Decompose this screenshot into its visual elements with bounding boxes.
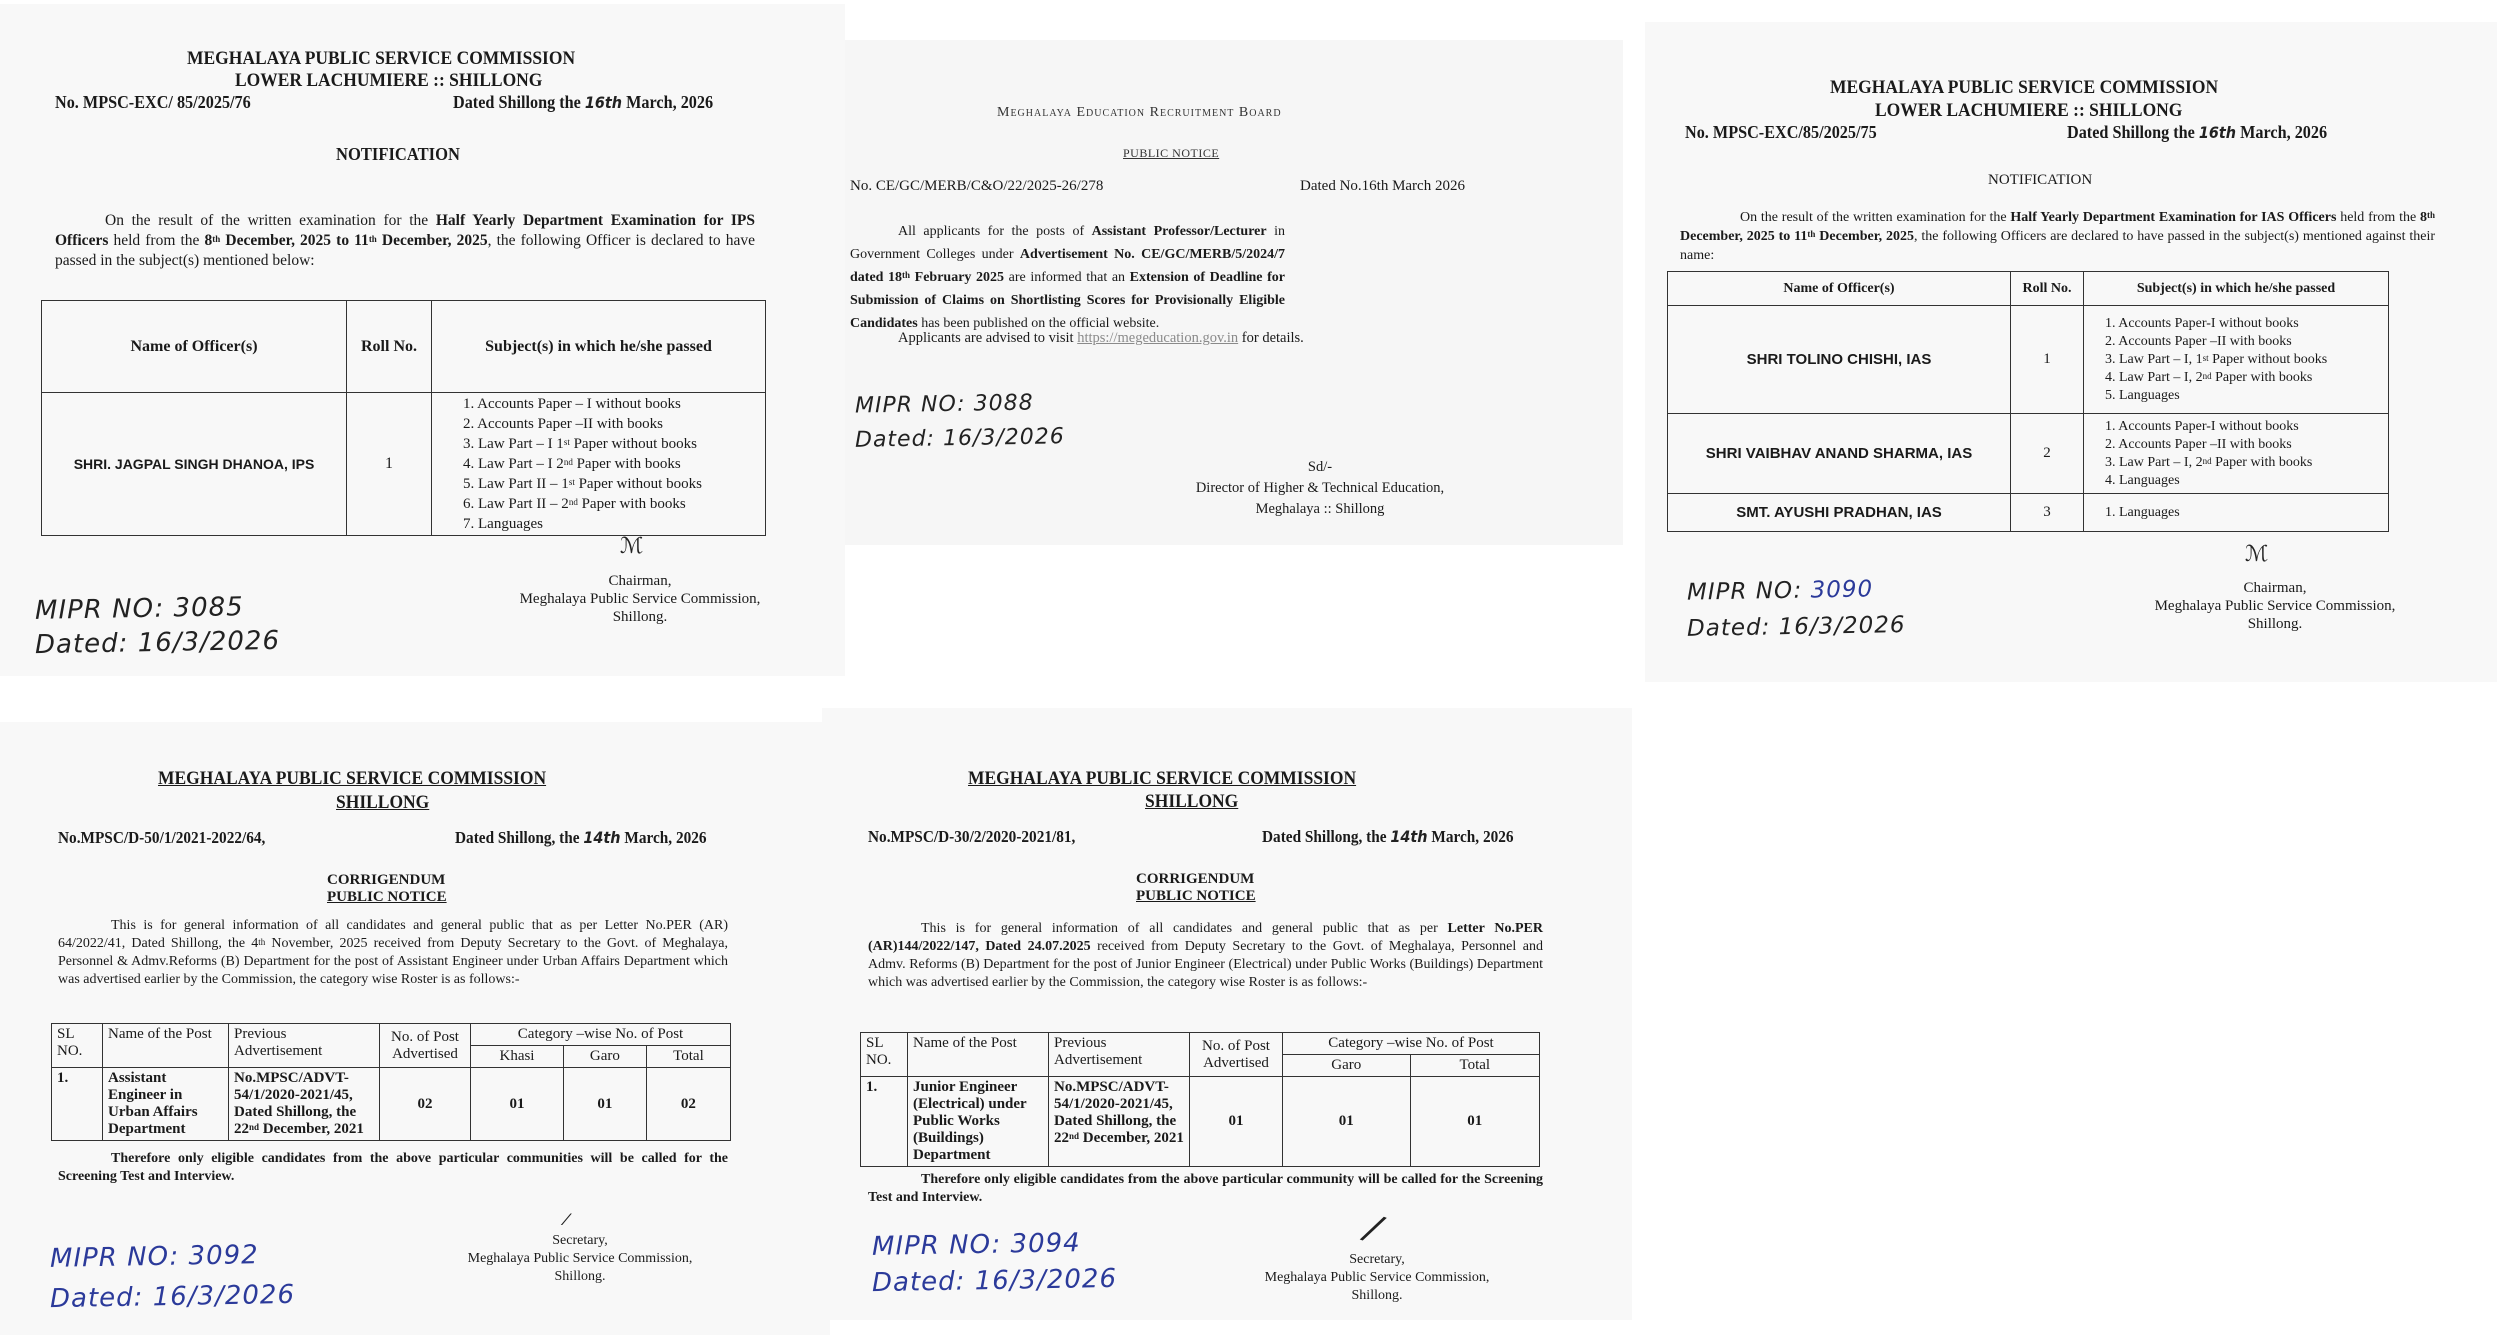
dated-prefix: Dated Shillong the [453,92,581,112]
notice-mpsc-corrigendum-ae: MEGHALAYA PUBLIC SERVICE COMMISSION SHIL… [0,722,830,1335]
row-prev-adv: No.MPSC/ADVT-54/1/2020-2021/45, Dated Sh… [1049,1077,1190,1167]
roll-number: 3 [2011,494,2084,532]
subject-item: 1. Accounts Paper-I without books [2105,315,2387,333]
table-row: SHRI. JAGPAL SINGH DHANOA, IPS 1 1. Acco… [42,393,766,536]
subject-item: 5. Languages [2105,387,2387,405]
reference-number: No. MPSC-EXC/ 85/2025/76 [55,92,251,113]
col-header-total: Total [646,1046,730,1068]
dated-prefix: Dated Shillong, the [455,828,580,847]
mipr-label: MIPR NO: [872,1230,1002,1262]
subjects-cell: 1. Accounts Paper – I without books2. Ac… [432,393,766,536]
signatory-place: Shillong. [2115,615,2435,633]
handwritten-day: 14th [583,828,620,847]
signatory-org: Meghalaya Public Service Commission, [1217,1269,1537,1287]
table-row: 1. Assistant Engineer in Urban Affairs D… [52,1068,731,1141]
subject-item: 1. Accounts Paper – I without books [463,394,764,414]
closing-text: Therefore only eligible candidates from … [868,1171,1543,1207]
col-header-category: Category –wise No. of Post [1283,1033,1540,1055]
handwritten-date: Dated: 16/3/2026 [855,424,1065,453]
handwritten-date: Dated: 16/3/2026 [35,626,280,660]
notice-mpsc-corrigendum-je: MEGHALAYA PUBLIC SERVICE COMMISSION SHIL… [822,708,1632,1320]
org-address: LOWER LACHUMIERE :: SHILLONG [235,70,542,92]
subject-item: 6. Law Part II – 2nd Paper with books [463,494,764,514]
row-sl: 1. [52,1068,103,1141]
row-advertised: 01 [1190,1077,1283,1167]
row-total: 01 [1410,1077,1539,1167]
roll-number: 1 [347,393,432,536]
table-row: SMT. AYUSHI PRADHAN, IAS 3 1. Languages [1668,494,2389,532]
dated-prefix: Dated Shillong, the [1262,827,1387,846]
dated-suffix: March, 2026 [626,92,713,112]
notice-subtitle: PUBLIC NOTICE [327,889,447,906]
mipr-label: MIPR NO: [50,1242,180,1274]
subject-item: 2. Accounts Paper –II with books [2105,333,2387,351]
reference-number: No.MPSC/D-50/1/2021-2022/64, [58,828,265,848]
handwritten-day: 16th [2199,123,2236,142]
notice-mpsc-ias-notification: MEGHALAYA PUBLIC SERVICE COMMISSION LOWE… [1645,22,2497,682]
signatory-place: Shillong. [420,1268,740,1286]
official-website-link[interactable]: https://megeducation.gov.in [1077,330,1238,346]
dated-line: Dated No.16th March 2026 [1300,178,1465,195]
signature-mark: ⁄ [565,1210,568,1229]
col-header-garo: Garo [563,1046,646,1068]
handwritten-day: 14th [1390,827,1427,846]
col-header-post: Name of the Post [908,1033,1049,1077]
signatory-title: Chairman, [2115,579,2435,597]
reference-number: No. CE/GC/MERB/C&O/22/2025-26/278 [850,178,1103,195]
handwritten-mipr-number: MIPR NO: 3092 [50,1240,259,1274]
subject-list: 1. Languages [2085,504,2387,522]
signatory-block: Sd/- Director of Higher & Technical Educ… [1145,457,1495,520]
org-address: LOWER LACHUMIERE :: SHILLONG [1875,100,2182,122]
signatory-sd: Sd/- [1145,457,1495,478]
org-name: MEGHALAYA PUBLIC SERVICE COMMISSION [968,768,1356,790]
dated-prefix: Dated Shillong the [2067,122,2195,142]
signatory-org: Meghalaya Public Service Commission, [420,1250,740,1268]
handwritten-date: Dated: 16/3/2026 [50,1280,295,1314]
signature-mark: ℳ [2245,542,2269,567]
org-name: MEGHALAYA PUBLIC SERVICE COMMISSION [158,768,546,790]
col-header-total: Total [1410,1055,1539,1077]
handwritten-mipr-number: MIPR NO: 3088 [855,390,1034,418]
notice-title: CORRIGENDUM [1136,871,1254,888]
col-header-name: Name of Officer(s) [1668,272,2011,306]
mipr-label: MIPR NO: [35,594,165,626]
table-row: 1. Junior Engineer (Electrical) under Pu… [861,1077,1540,1167]
mipr-no: 3088 [973,390,1033,416]
notice-title: PUBLIC NOTICE [1123,146,1219,161]
row-garo: 01 [1283,1077,1411,1167]
signatory-place: Meghalaya :: Shillong [1145,499,1495,520]
org-name: Meghalaya Education Recruitment Board [997,105,1282,121]
mipr-no: 3092 [188,1240,259,1271]
dated-line: Dated Shillong the 16th March, 2026 [2067,122,2327,143]
handwritten-day: 16th [585,93,622,112]
roll-number: 2 [2011,414,2084,494]
signatory-block: Chairman, Meghalaya Public Service Commi… [480,572,800,626]
row-sl: 1. [861,1077,908,1167]
notice-merb-public-notice: Meghalaya Education Recruitment Board PU… [845,40,1623,545]
mipr-no: 3085 [173,592,244,623]
officer-name: SHRI. JAGPAL SINGH DHANOA, IPS [42,393,347,536]
col-header-prev-adv: Previous Advertisement [1049,1033,1190,1077]
officer-name: SHRI TOLINO CHISHI, IAS [1668,306,2011,414]
org-address: SHILLONG [336,792,429,814]
signatory-block: Secretary, Meghalaya Public Service Comm… [420,1232,740,1286]
subject-item: 3. Law Part – I 1st Paper without books [463,434,764,454]
subject-item: 1. Languages [2105,504,2387,522]
col-header-category: Category –wise No. of Post [471,1024,731,1046]
reference-number: No. MPSC-EXC/85/2025/75 [1685,122,1877,143]
notice-subtitle: PUBLIC NOTICE [1136,888,1256,905]
handwritten-date: Dated: 16/3/2026 [1687,612,1906,642]
advice-prefix: Applicants are advised to visit [898,330,1074,346]
notice-mpsc-ips-notification: MEGHALAYA PUBLIC SERVICE COMMISSION LOWE… [0,4,845,676]
subjects-cell: 1. Accounts Paper-I without books2. Acco… [2084,414,2389,494]
dated-suffix: March, 2026 [1431,827,1513,846]
col-header-prev-adv: Previous Advertisement [229,1024,380,1068]
col-header-name: Name of Officer(s) [42,301,347,393]
subject-item: 4. Law Part – I, 2nd Paper with books [2105,369,2387,387]
dated-line: Dated Shillong, the 14th March, 2026 [455,828,707,848]
officer-name: SHRI VAIBHAV ANAND SHARMA, IAS [1668,414,2011,494]
signature-mark: ℳ [620,534,644,559]
org-address: SHILLONG [1145,791,1238,813]
subject-item: 2. Accounts Paper –II with books [2105,436,2387,454]
notice-body: All applicants for the posts of Assistan… [850,220,1285,335]
subjects-cell: 1. Accounts Paper-I without books2. Acco… [2084,306,2389,414]
mipr-no: 3094 [1010,1228,1081,1259]
col-header-garo: Garo [1283,1055,1411,1077]
signatory-title: Secretary, [420,1232,740,1250]
dated-suffix: March, 2026 [2240,122,2327,142]
roster-table: SL NO. Name of the Post Previous Adverti… [51,1023,731,1141]
reference-number: No.MPSC/D-30/2/2020-2021/81, [868,827,1075,847]
subject-item: 3. Law Part – I, 1st Paper without books [2105,351,2387,369]
advice-suffix: for details. [1242,330,1304,346]
row-advertised: 02 [380,1068,471,1141]
handwritten-mipr-number: MIPR NO: 3090 [1687,576,1874,605]
signatory-place: Shillong. [1217,1287,1537,1305]
col-header-post: Name of the Post [103,1024,229,1068]
officer-name: SMT. AYUSHI PRADHAN, IAS [1668,494,2011,532]
col-header-subjects: Subject(s) in which he/she passed [432,301,766,393]
dated-line: Dated Shillong, the 14th March, 2026 [1262,827,1514,847]
results-table: Name of Officer(s) Roll No. Subject(s) i… [1667,271,2389,532]
notice-title: NOTIFICATION [1988,172,2092,189]
handwritten-date: Dated: 16/3/2026 [872,1264,1117,1298]
subject-list: 1. Accounts Paper – I without books2. Ac… [433,394,764,534]
row-prev-adv: No.MPSC/ADVT-54/1/2020-2021/45, Dated Sh… [229,1068,380,1141]
roster-table: SL NO. Name of the Post Previous Adverti… [860,1032,1540,1167]
row-total: 02 [646,1068,730,1141]
subjects-cell: 1. Languages [2084,494,2389,532]
subject-list: 1. Accounts Paper-I without books2. Acco… [2085,418,2387,490]
subject-list: 1. Accounts Paper-I without books2. Acco… [2085,315,2387,405]
notice-title: NOTIFICATION [336,144,460,165]
signatory-block: Chairman, Meghalaya Public Service Commi… [2115,579,2435,633]
dated-suffix: March, 2026 [624,828,706,847]
col-header-roll: Roll No. [347,301,432,393]
subject-item: 7. Languages [463,514,764,534]
col-header-roll: Roll No. [2011,272,2084,306]
roll-number: 1 [2011,306,2084,414]
results-table: Name of Officer(s) Roll No. Subject(s) i… [41,300,766,536]
signatory-title: Director of Higher & Technical Education… [1145,478,1495,499]
mipr-no: 3090 [1810,576,1873,603]
handwritten-mipr-number: MIPR NO: 3094 [872,1228,1081,1262]
col-header-sl: SL NO. [861,1033,908,1077]
notice-body: This is for general information of all c… [868,920,1543,992]
subject-item: 3. Law Part – I, 2nd Paper with books [2105,454,2387,472]
notice-body: This is for general information of all c… [58,917,728,989]
mipr-label: MIPR NO: [1687,578,1803,606]
row-garo: 01 [563,1068,646,1141]
org-name: MEGHALAYA PUBLIC SERVICE COMMISSION [1830,77,2218,99]
subject-item: 2. Accounts Paper –II with books [463,414,764,434]
org-name: MEGHALAYA PUBLIC SERVICE COMMISSION [187,48,575,70]
signatory-title: Secretary, [1217,1251,1537,1269]
signatory-block: Secretary, Meghalaya Public Service Comm… [1217,1251,1537,1305]
col-header-subjects: Subject(s) in which he/she passed [2084,272,2389,306]
row-post: Assistant Engineer in Urban Affairs Depa… [103,1068,229,1141]
signatory-org: Meghalaya Public Service Commission, [480,590,800,608]
signatory-place: Shillong. [480,608,800,626]
subject-item: 4. Law Part – I 2nd Paper with books [463,454,764,474]
notice-body: On the result of the written examination… [1680,208,2435,265]
row-khasi: 01 [471,1068,564,1141]
table-row: SHRI VAIBHAV ANAND SHARMA, IAS 2 1. Acco… [1668,414,2389,494]
notice-body: On the result of the written examination… [55,211,755,271]
col-header-sl: SL NO. [52,1024,103,1068]
signatory-org: Meghalaya Public Service Commission, [2115,597,2435,615]
subject-item: 4. Languages [2105,472,2387,490]
subject-item: 5. Law Part II – 1st Paper without books [463,474,764,494]
subject-item: 1. Accounts Paper-I without books [2105,418,2387,436]
dated-line: Dated Shillong the 16th March, 2026 [453,92,713,113]
table-row: SHRI TOLINO CHISHI, IAS 1 1. Accounts Pa… [1668,306,2389,414]
col-header-khasi: Khasi [471,1046,564,1068]
signatory-title: Chairman, [480,572,800,590]
closing-text: Therefore only eligible candidates from … [58,1150,728,1186]
row-post: Junior Engineer (Electrical) under Publi… [908,1077,1049,1167]
mipr-label: MIPR NO: [855,392,966,419]
col-header-advertised: No. of Post Advertised [380,1024,471,1068]
advice-line: Applicants are advised to visit https://… [898,330,1304,347]
col-header-advertised: No. of Post Advertised [1190,1033,1283,1077]
notice-title: CORRIGENDUM [327,872,445,889]
handwritten-mipr-number: MIPR NO: 3085 [35,592,244,626]
signature-mark: / [1360,1207,1385,1250]
